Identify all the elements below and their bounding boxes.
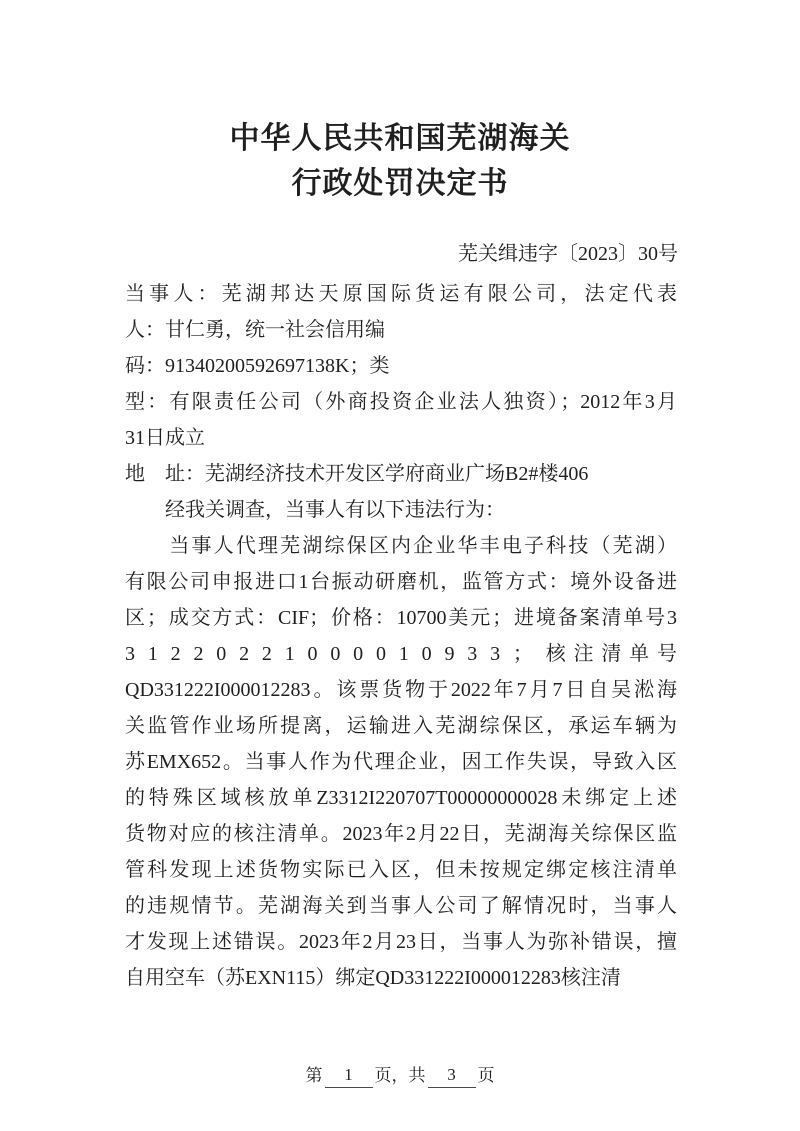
body-line: 当事人代理芜湖综保区内企业华丰电子科技（芜湖） [125, 528, 677, 564]
body-line: QD331222I000012283。该票货物于2022年7月7日自吴淞海 [125, 672, 677, 708]
document-body: 当事人：芜湖邦达天原国际货运有限公司，法定代表人：甘仁勇，统一社会信用编码：91… [125, 276, 677, 996]
body-line: 3 1 2 2 0 2 2 1 0 0 0 0 1 0 9 3 3 ； 核注清单… [125, 636, 677, 672]
body-line: 型：有限责任公司（外商投资企业法人独资）；2012年3月 [125, 384, 677, 420]
body-line: 码：91340200592697138K；类 [125, 348, 677, 384]
document-title-line1: 中华人民共和国芜湖海关 [0, 116, 800, 161]
body-line: 管科发现上述货物实际已入区，但未按规定绑定核注清单 [125, 852, 677, 888]
page-footer: 第 1 页，共 3 页 [0, 1063, 800, 1088]
body-line: 的违规情节。芜湖海关到当事人公司了解情况时，当事人 [125, 888, 677, 924]
footer-suffix: 页 [478, 1064, 495, 1088]
body-line: 自用空车（苏EXN115）绑定QD331222I000012283核注清 [125, 960, 677, 996]
body-line: 有限公司申报进口1台振动研磨机，监管方式：境外设备进 [125, 564, 677, 600]
body-line: 区；成交方式：CIF；价格：10700美元；进境备案清单号3 [125, 600, 677, 636]
body-line: 才发现上述错误。2023年2月23日，当事人为弥补错误，擅 [125, 924, 677, 960]
current-page-number: 1 [325, 1063, 373, 1088]
document-title: 中华人民共和国芜湖海关 行政处罚决定书 [0, 0, 800, 206]
footer-middle: 页，共 [375, 1064, 426, 1088]
document-number: 芜关缉违字〔2023〕30号 [0, 240, 800, 268]
body-line: 的特殊区域核放单Z3312I220707T00000000028未绑定上述 [125, 780, 677, 816]
total-page-number: 3 [428, 1063, 476, 1088]
document-page: 中华人民共和国芜湖海关 行政处罚决定书 芜关缉违字〔2023〕30号 当事人：芜… [0, 0, 800, 1131]
body-line: 货物对应的核注清单。2023年2月22日，芜湖海关综保区监 [125, 816, 677, 852]
body-line: 31日成立 [125, 420, 677, 456]
document-title-line2: 行政处罚决定书 [0, 161, 800, 206]
body-line: 经我关调查，当事人有以下违法行为： [125, 492, 677, 528]
body-line: 人：甘仁勇，统一社会信用编 [125, 312, 677, 348]
body-line: 地 址：芜湖经济技术开发区学府商业广场B2#楼406 [125, 456, 677, 492]
body-line: 当事人：芜湖邦达天原国际货运有限公司，法定代表 [125, 276, 677, 312]
body-line: 苏EMX652。当事人作为代理企业，因工作失误，导致入区 [125, 744, 677, 780]
body-line: 关监管作业场所提离，运输进入芜湖综保区，承运车辆为 [125, 708, 677, 744]
footer-prefix: 第 [306, 1064, 323, 1088]
